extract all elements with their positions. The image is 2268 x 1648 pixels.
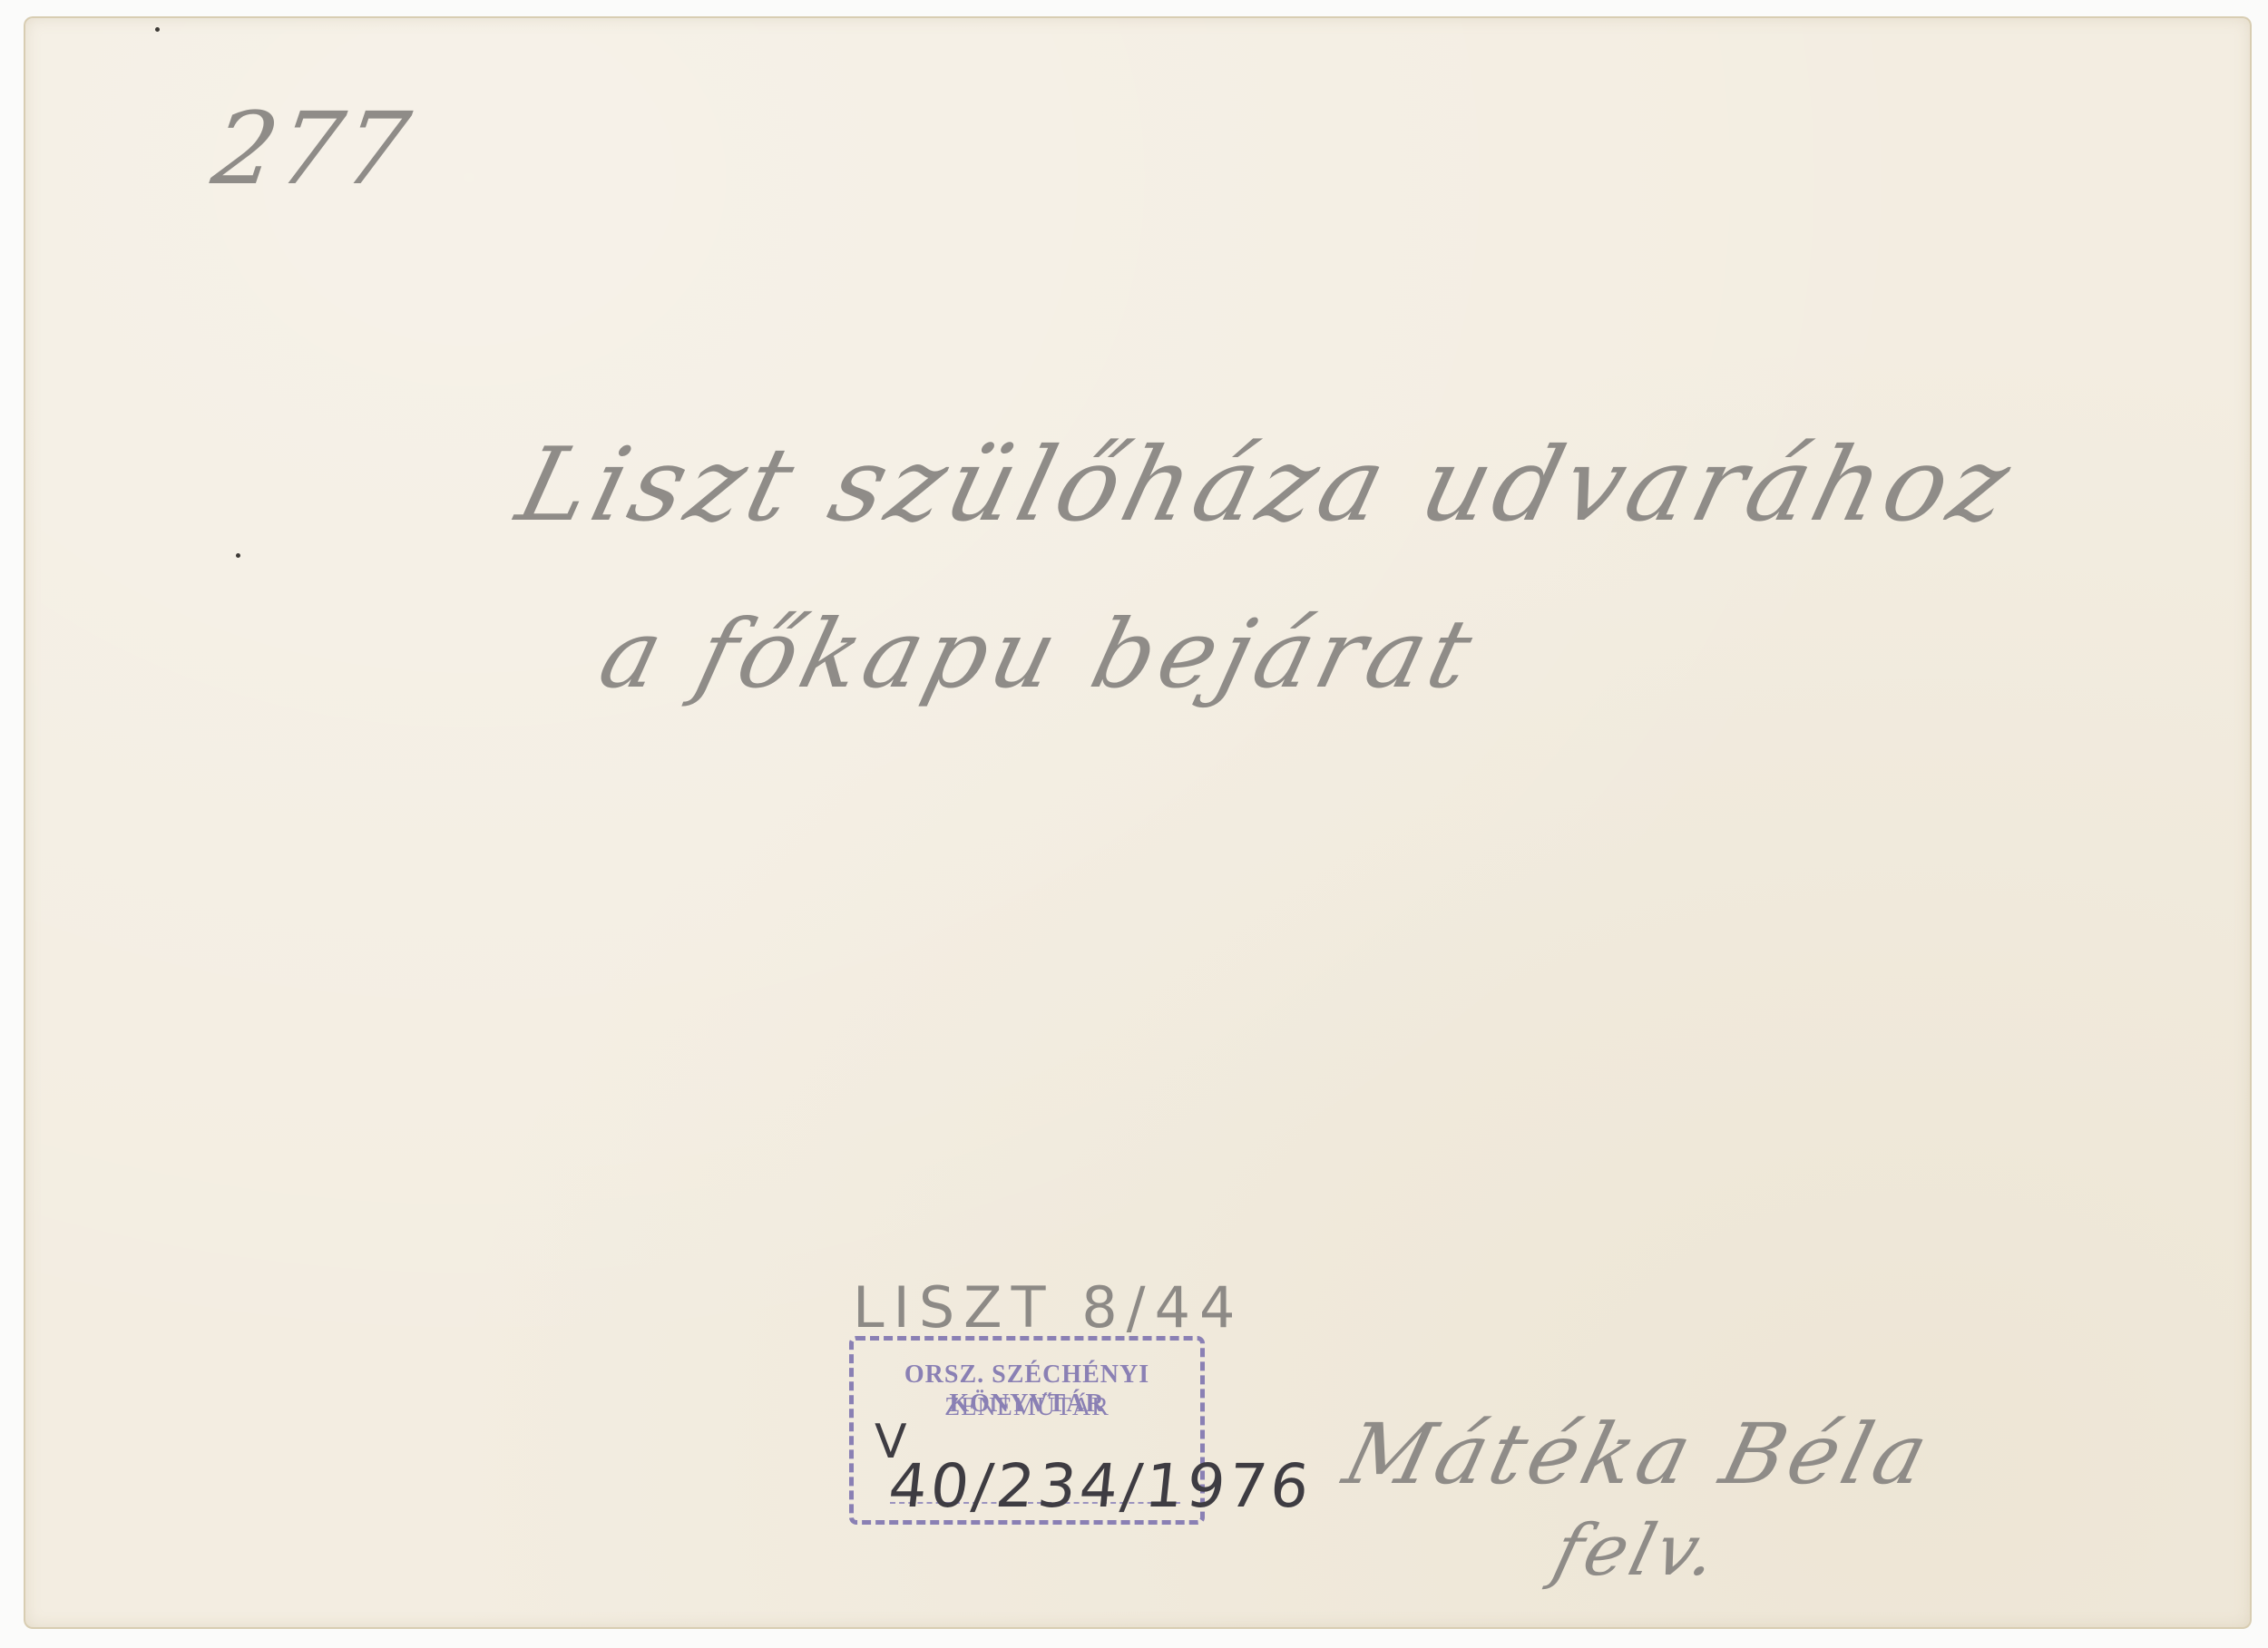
accession-number: 40/234/1976 <box>885 1451 1315 1521</box>
photographer-name: Mátéka Béla <box>1335 1406 1941 1503</box>
caption-line-1: Liszt szülőháza udvarához <box>507 426 2027 544</box>
caption-line-2: a főkapu bejárat <box>590 599 1488 709</box>
paper-speck <box>155 27 160 32</box>
paper-speck <box>236 553 240 558</box>
catalog-number: 277 <box>206 91 418 207</box>
shelf-mark: LISZT 8/44 <box>853 1274 1244 1341</box>
photographer-note: felv. <box>1546 1510 1729 1592</box>
